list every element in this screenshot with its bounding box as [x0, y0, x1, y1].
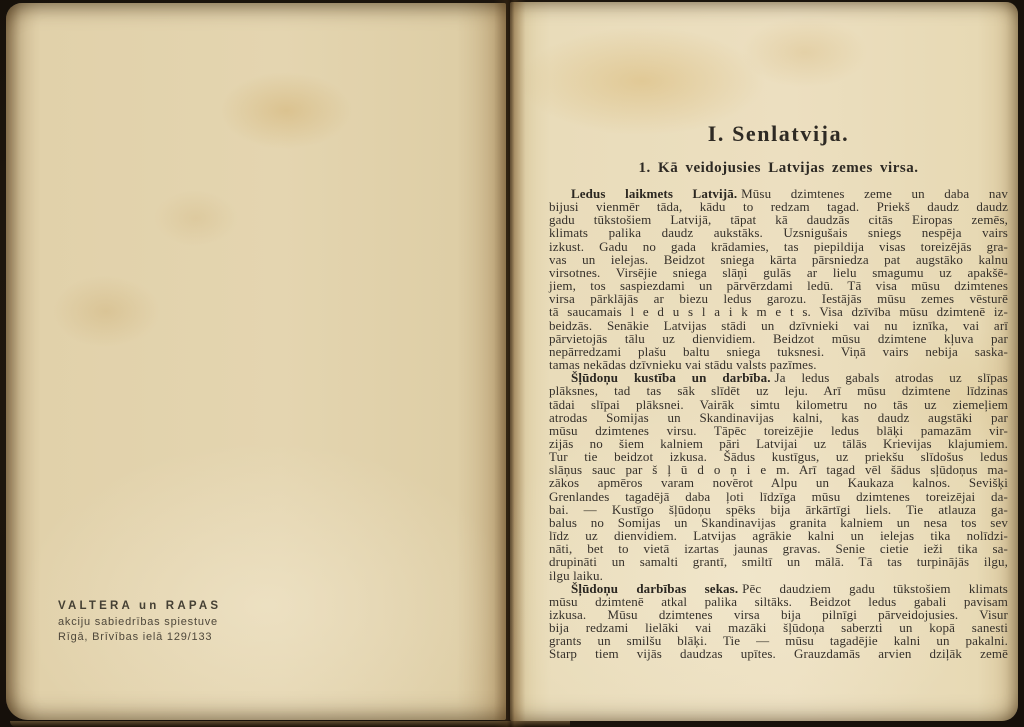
- printer-imprint: VALTERA un RAPAS akciju sabiedrības spie…: [58, 600, 221, 643]
- paragraph-lines: bijusi vienmēr tāda, kādu to redzam taga…: [549, 200, 1008, 371]
- chapter-heading: I. Senlatvija.: [549, 120, 1008, 148]
- text-line: atrodas Somijas un Skandinavijas kalni, …: [549, 411, 1008, 424]
- paragraph: Ledus laikmets Latvijā.Mūsu dzimtenes ze…: [549, 187, 1008, 371]
- imprint-line-3: Rīgā, Brīvības ielā 129/133: [58, 631, 221, 643]
- paragraph: Šļūdoņu darbības sekas.Pēc daudziem gadu…: [549, 582, 1008, 661]
- text-line: pārvietojās tālu uz dienvidiem. Beidzot …: [549, 332, 1008, 345]
- text-line: zākos apmēros varam novērot Alpu un Kauk…: [549, 476, 1008, 489]
- text-line: drupināti un samalti grantī, smiltī un m…: [549, 555, 1008, 568]
- text-line: klimats palika daudz aukstāks. Uzsniguša…: [549, 226, 1008, 239]
- paragraph-lines: mūsu dzimtenē atkal palika siltāks. Beid…: [549, 595, 1008, 661]
- body-text: Ledus laikmets Latvijā.Mūsu dzimtenes ze…: [549, 187, 1008, 661]
- text-line: bai. — Kustīgo šļūdoņu spēks bija ārkārt…: [549, 503, 1008, 516]
- text-line: Starp tiem vijās daudzas upītes. Grauzda…: [549, 647, 1008, 660]
- gutter-shadow: [494, 0, 526, 727]
- right-page: I. Senlatvija. 1. Kā veidojusies Latvija…: [510, 2, 1018, 721]
- left-page: VALTERA un RAPAS akciju sabiedrības spie…: [6, 3, 506, 720]
- imprint-line-1: VALTERA un RAPAS: [58, 600, 221, 612]
- text-line: beidzās. Senākie Latvijas stādi un dzīvn…: [549, 319, 1008, 332]
- page-content: I. Senlatvija. 1. Kā veidojusies Latvija…: [549, 120, 1008, 661]
- text-line: izkust. Gadu no gada krādamies, tas piep…: [549, 240, 1008, 253]
- text-line: mūsu dzimtenes virsu. Tāpēc toreizējie l…: [549, 424, 1008, 437]
- text-line: tā saucamais l e d u s l a i k m e t s. …: [549, 305, 1008, 318]
- paragraph: Šļūdoņu kustība un darbība.Ja ledus gaba…: [549, 371, 1008, 582]
- text-line: Grenlandes tagadējā daba ļoti līdzīga mū…: [549, 490, 1008, 503]
- page-stack-edge: [10, 721, 570, 727]
- text-line: tādai slīpai plāksnei. Vairāk simtu kilo…: [549, 398, 1008, 411]
- book-spread: VALTERA un RAPAS akciju sabiedrības spie…: [0, 0, 1024, 727]
- section-heading: 1. Kā veidojusies Latvijas zemes virsa.: [549, 158, 1008, 178]
- text-line: vas un ielejas. Beidzot sniega kārta pār…: [549, 253, 1008, 266]
- imprint-line-2: akciju sabiedrības spiestuve: [58, 616, 221, 628]
- text-line: Šļūdoņu darbības sekas.Pēc daudziem gadu…: [549, 582, 1008, 595]
- text-line: plāksnes, tad tas sāk slīdēt uz leju. Ar…: [549, 384, 1008, 397]
- paragraph-lines: plāksnes, tad tas sāk slīdēt uz leju. Ar…: [549, 384, 1008, 581]
